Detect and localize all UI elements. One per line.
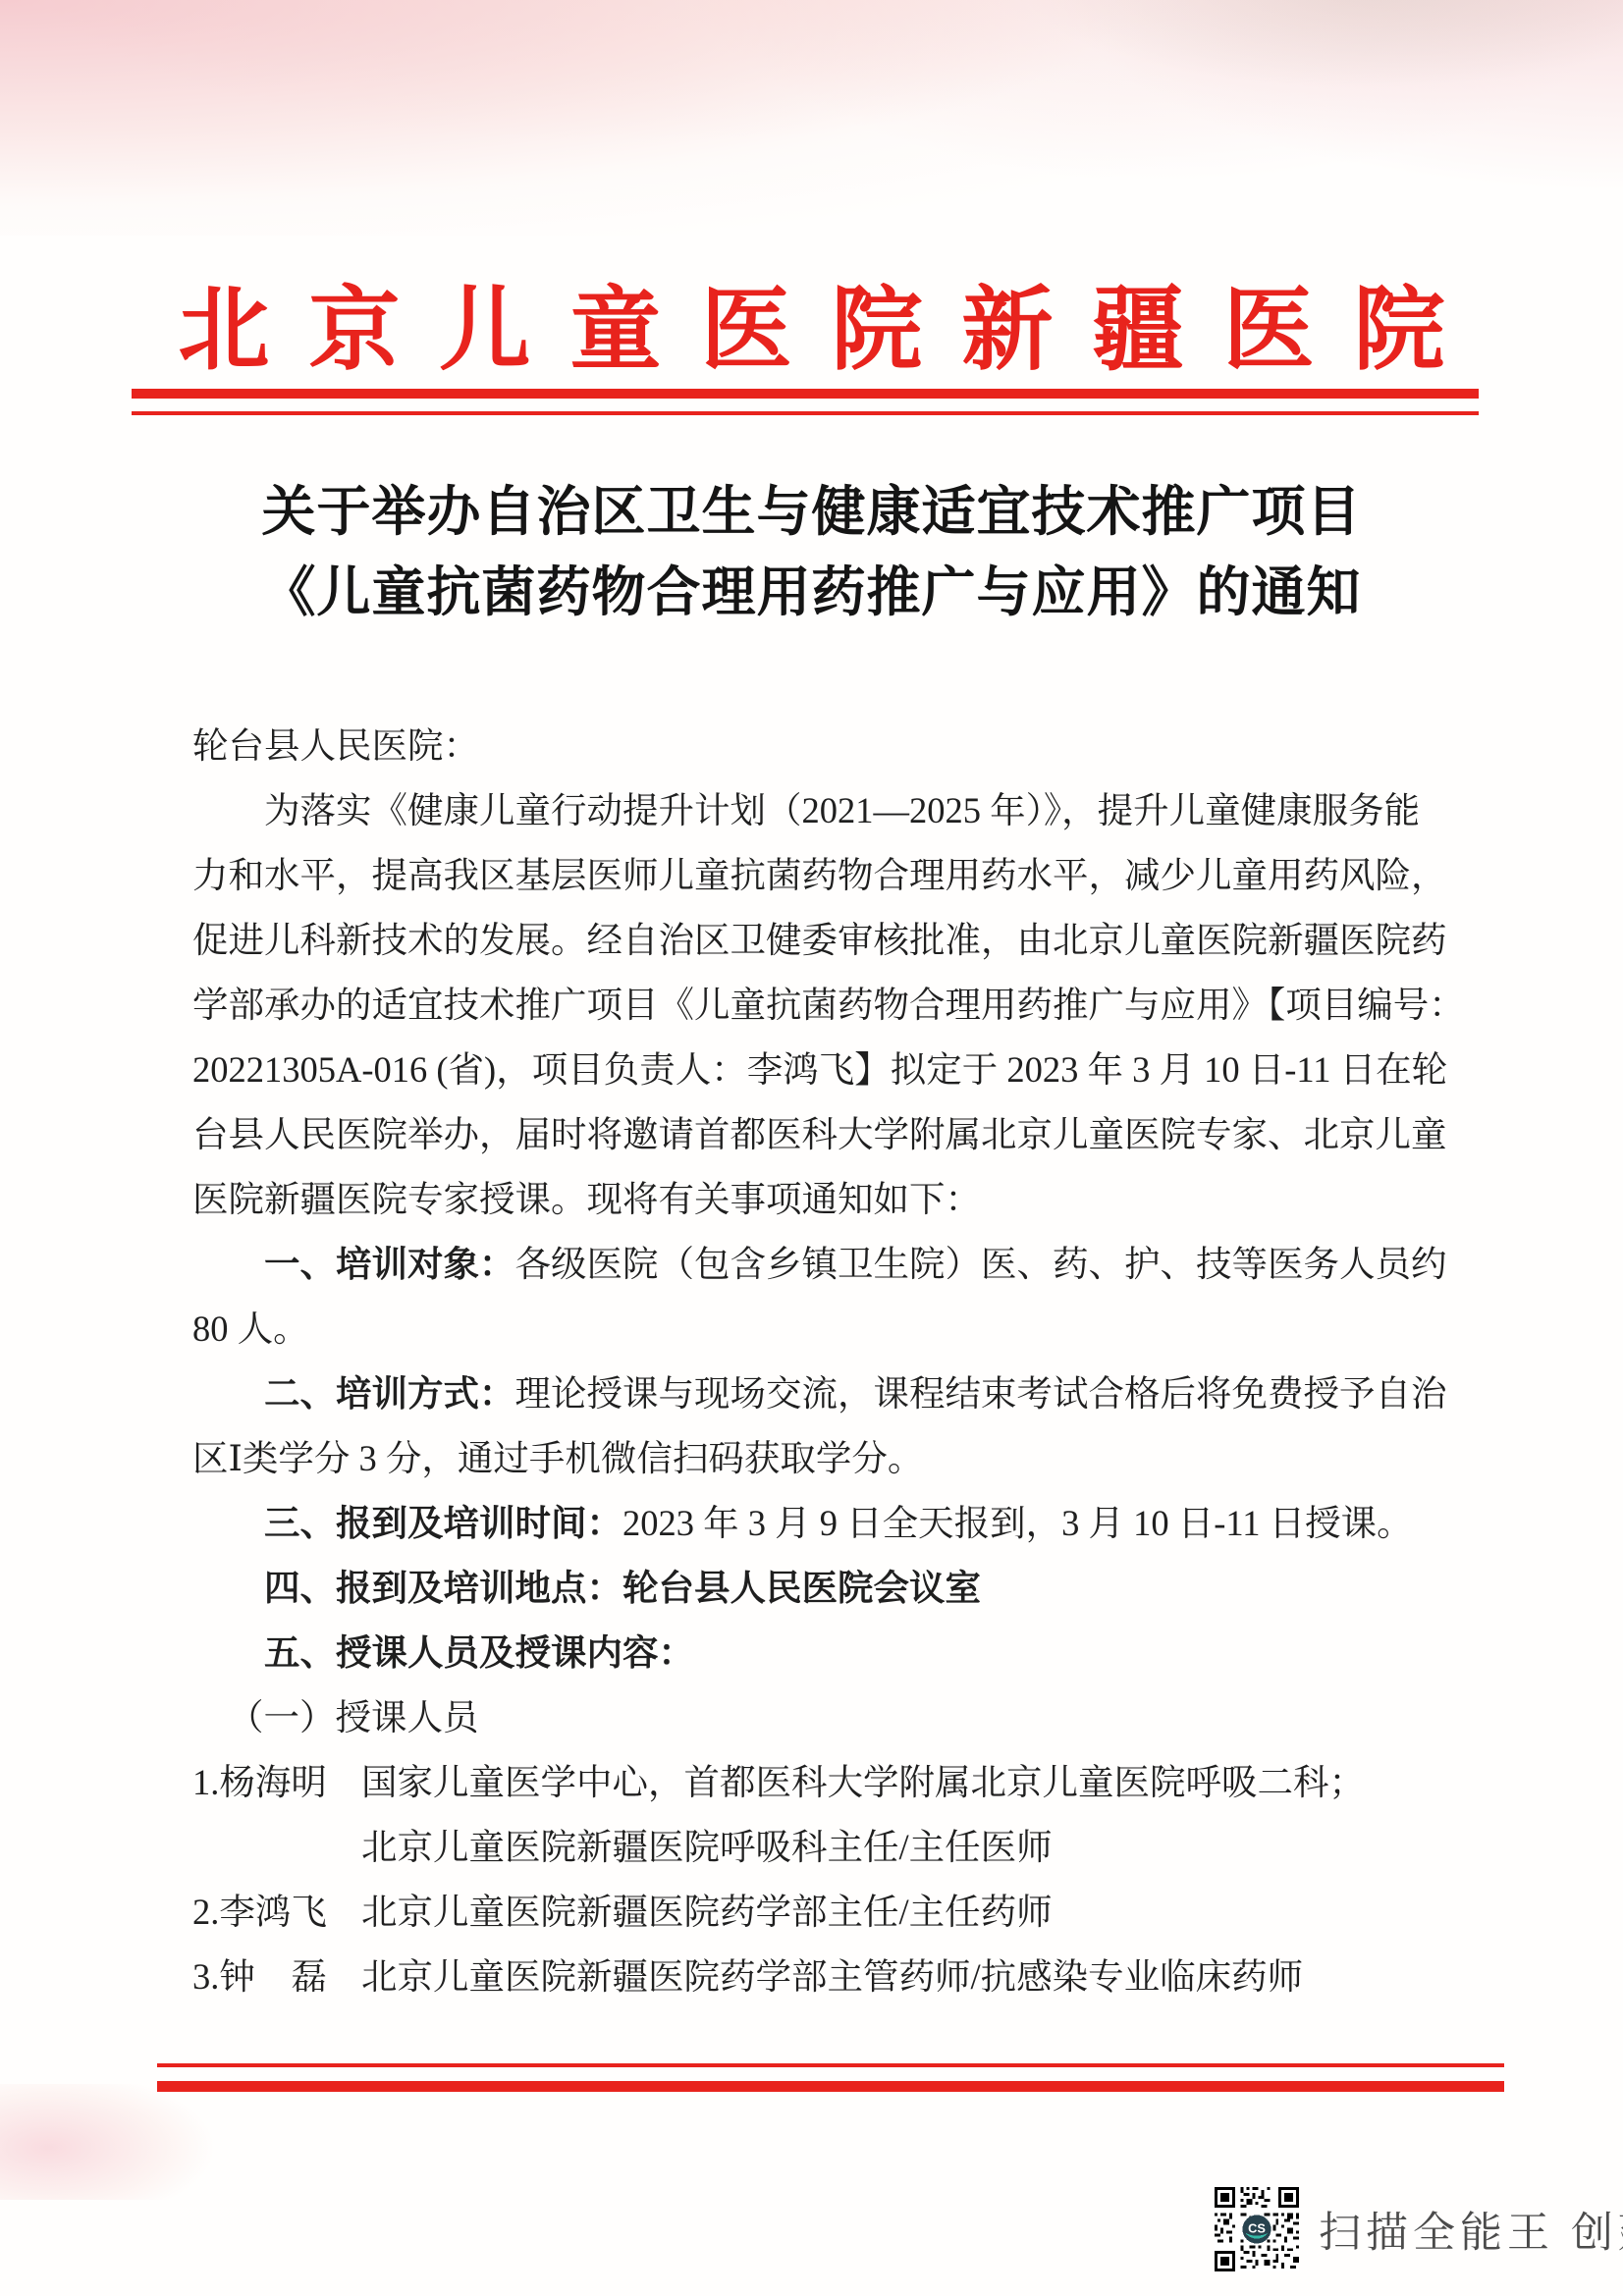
lecturer-description-line: 北京儿童医院新疆医院呼吸科主任/主任医师 <box>361 1815 1441 1880</box>
body-line: 三、报到及培训时间：2023 年 3 月 9 日全天报到，3 月 10 日-11… <box>192 1491 1441 1556</box>
document-page: 北京儿童医院新疆医院 关于举办自治区卫生与健康适宜技术推广项目 《儿童抗菌药物合… <box>0 0 1623 2296</box>
body-line-segment: 三、报到及培训时间： <box>264 1503 622 1543</box>
body-line: 五、授课人员及授课内容： <box>192 1621 1441 1685</box>
letterhead-rule-thin <box>132 411 1479 415</box>
qr-code-icon: CS <box>1215 2187 1299 2271</box>
document-title-line1: 关于举办自治区卫生与健康适宜技术推广项目 <box>0 472 1623 553</box>
lecturer-description: 北京儿童医院新疆医院药学部主管药师/抗感染专业临床药师 <box>361 1945 1441 2009</box>
body-line-segment: 2023 年 3 月 9 日全天报到，3 月 10 日-11 日授课。 <box>622 1503 1413 1543</box>
body-line-segment: 医院新疆医院专家授课。现将有关事项通知如下： <box>192 1179 981 1219</box>
lecturer-description-line: 国家儿童医学中心，首都医科大学附属北京儿童医院呼吸二科； <box>361 1750 1441 1815</box>
body-line: 二、培训方式：理论授课与现场交流，课程结束考试合格后将免费授予自治 <box>192 1362 1441 1426</box>
footer-rule-thick <box>157 2081 1504 2092</box>
body-line: 20221305A-016 (省)，项目负责人：李鸿飞】拟定于 2023 年 3… <box>192 1038 1441 1102</box>
body-line-segment: 理论授课与现场交流，课程结束考试合格后将免费授予自治 <box>515 1373 1447 1414</box>
body-line: 80 人。 <box>192 1297 1441 1362</box>
lecturer-row: 2.李鸿飞北京儿童医院新疆医院药学部主任/主任药师 <box>192 1880 1441 1945</box>
body-line: 为落实《健康儿童行动提升计划（2021—2025 年）》，提升儿童健康服务能 <box>192 778 1441 843</box>
scanner-noise-top <box>0 0 1623 236</box>
lecturer-name: 1.杨海明 <box>192 1750 361 1880</box>
lecturer-name: 3.钟 磊 <box>192 1945 361 2009</box>
document-title-line2: 《儿童抗菌药物合理用药推广与应用》的通知 <box>0 553 1623 633</box>
footer-rule-thin <box>157 2063 1504 2067</box>
lecturer-description: 国家儿童医学中心，首都医科大学附属北京儿童医院呼吸二科；北京儿童医院新疆医院呼吸… <box>361 1750 1441 1880</box>
letterhead-rule-thick <box>132 389 1479 399</box>
body-line-segment: 一、培训对象： <box>264 1244 515 1284</box>
body-line-segment: 五、授课人员及授课内容： <box>264 1632 694 1673</box>
body-line-segment: 轮台县人民医院： <box>192 725 479 766</box>
body-line-segment: 力和水平，提高我区基层医师儿童抗菌药物合理用药水平，减少儿童用药风险， <box>192 855 1447 895</box>
scanner-noise-bottom-left <box>0 2084 304 2200</box>
body-line-segment: 学部承办的适宜技术推广项目《儿童抗菌药物合理用药推广与应用》【项目编号： <box>192 985 1465 1025</box>
lecturer-name: 2.李鸿飞 <box>192 1880 361 1945</box>
body-line-segment: 区Ⅰ类学分 3 分，通过手机微信扫码获取学分。 <box>192 1438 923 1478</box>
body-line: 区Ⅰ类学分 3 分，通过手机微信扫码获取学分。 <box>192 1426 1441 1491</box>
body-line: 轮台县人民医院： <box>192 714 1441 778</box>
document-body: 轮台县人民医院：为落实《健康儿童行动提升计划（2021—2025 年）》，提升儿… <box>192 714 1441 2009</box>
lecturer-description-line: 北京儿童医院新疆医院药学部主管药师/抗感染专业临床药师 <box>361 1945 1441 2009</box>
document-title: 关于举办自治区卫生与健康适宜技术推广项目 《儿童抗菌药物合理用药推广与应用》的通… <box>0 472 1623 633</box>
camscanner-watermark: CS 扫描全能王 创建 <box>1215 2187 1623 2271</box>
body-line-segment: 促进儿科新技术的发展。经自治区卫健委审核批准，由北京儿童医院新疆医院药 <box>192 920 1447 960</box>
body-line-segment: 二、培训方式： <box>264 1373 515 1414</box>
body-line: 力和水平，提高我区基层医师儿童抗菌药物合理用药水平，减少儿童用药风险， <box>192 843 1441 908</box>
lecturer-row: 3.钟 磊北京儿童医院新疆医院药学部主管药师/抗感染专业临床药师 <box>192 1945 1441 2009</box>
lecturer-description-line: 北京儿童医院新疆医院药学部主任/主任药师 <box>361 1880 1441 1945</box>
body-line: 台县人民医院举办，届时将邀请首都医科大学附属北京儿童医院专家、北京儿童 <box>192 1102 1441 1167</box>
body-line-segment: 20221305A-016 (省)，项目负责人：李鸿飞】拟定于 2023 年 3… <box>192 1049 1447 1090</box>
hospital-letterhead: 北京儿童医院新疆医院 <box>20 273 1623 391</box>
camscanner-badge-label: CS <box>1248 2221 1266 2236</box>
body-line: 四、报到及培训地点：轮台县人民医院会议室 <box>192 1556 1441 1621</box>
lecturer-description: 北京儿童医院新疆医院药学部主任/主任药师 <box>361 1880 1441 1945</box>
body-line: 促进儿科新技术的发展。经自治区卫健委审核批准，由北京儿童医院新疆医院药 <box>192 908 1441 973</box>
body-line-segment: 四、报到及培训地点： <box>264 1568 622 1608</box>
body-line-segment: （一）授课人员 <box>228 1697 479 1737</box>
body-line: 医院新疆医院专家授课。现将有关事项通知如下： <box>192 1167 1441 1232</box>
lecturer-row: 1.杨海明国家儿童医学中心，首都医科大学附属北京儿童医院呼吸二科；北京儿童医院新… <box>192 1750 1441 1880</box>
body-line: 一、培训对象：各级医院（包含乡镇卫生院）医、药、护、技等医务人员约 <box>192 1232 1441 1297</box>
body-line: （一）授课人员 <box>192 1685 1441 1750</box>
body-line-segment: 为落实《健康儿童行动提升计划（2021—2025 年）》，提升儿童健康服务能 <box>264 790 1420 830</box>
body-line-segment: 各级医院（包含乡镇卫生院）医、药、护、技等医务人员约 <box>515 1244 1447 1284</box>
lecturer-list: 1.杨海明国家儿童医学中心，首都医科大学附属北京儿童医院呼吸二科；北京儿童医院新… <box>192 1750 1441 2009</box>
body-line-segment: 轮台县人民医院会议室 <box>622 1568 981 1608</box>
body-line-segment: 台县人民医院举办，届时将邀请首都医科大学附属北京儿童医院专家、北京儿童 <box>192 1114 1447 1154</box>
camscanner-watermark-text: 扫描全能王 创建 <box>1319 2200 1623 2260</box>
body-line-segment: 80 人。 <box>192 1308 309 1349</box>
body-line: 学部承办的适宜技术推广项目《儿童抗菌药物合理用药推广与应用》【项目编号： <box>192 973 1441 1038</box>
